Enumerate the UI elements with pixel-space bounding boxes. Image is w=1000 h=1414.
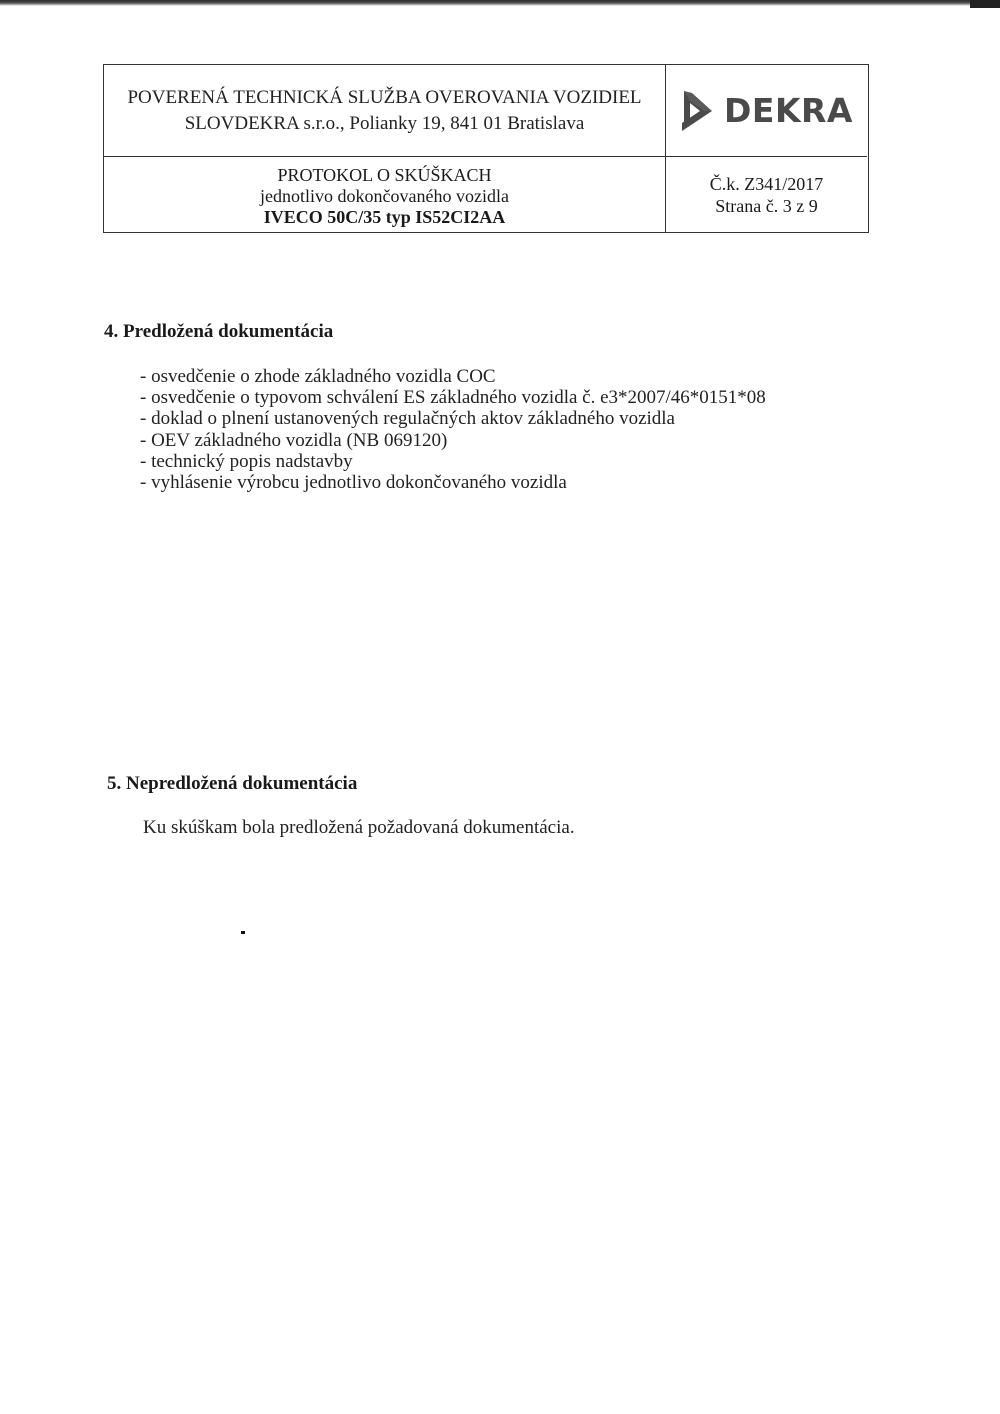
reference-number: Č.k. Z341/2017 — [710, 173, 824, 195]
list-item: technický popis nadstavby — [140, 451, 766, 472]
vehicle-designation: IVECO 50C/35 typ IS52CI2AA — [264, 207, 506, 228]
submitted-documents-list: osvedčenie o zhode základného vozidla CO… — [140, 366, 766, 493]
section4-heading: 4. Predložená dokumentácia — [104, 321, 333, 343]
list-item: doklad o plnení ustanovených regulačných… — [140, 408, 766, 429]
dekra-logo: DEKRA — [680, 89, 853, 133]
list-item: osvedčenie o typovom schválení ES základ… — [140, 387, 766, 408]
list-item: vyhlásenie výrobcu jednotlivo dokončovan… — [140, 472, 766, 493]
scan-edge-artifact — [0, 0, 1000, 6]
section5-text: Ku skúškam bola predložená požadovaná do… — [143, 817, 575, 839]
organization-cell: POVERENÁ TECHNICKÁ SLUŽBA OVEROVANIA VOZ… — [104, 65, 666, 157]
page-info: Strana č. 3 z 9 — [715, 195, 817, 217]
list-item: OEV základného vozidla (NB 069120) — [140, 430, 766, 451]
protocol-subtitle: jednotlivo dokončovaného vozidla — [260, 186, 509, 207]
scan-edge-artifact-right — [970, 0, 1000, 8]
organization-name: POVERENÁ TECHNICKÁ SLUŽBA OVEROVANIA VOZ… — [127, 85, 641, 111]
logo-text: DEKRA — [724, 91, 853, 130]
dekra-arrow-logo-icon — [680, 89, 714, 133]
list-item: osvedčenie o zhode základného vozidla CO… — [140, 366, 766, 387]
header-table: POVERENÁ TECHNICKÁ SLUŽBA OVEROVANIA VOZ… — [103, 64, 869, 233]
protocol-cell: PROTOKOL O SKÚŠKACH jednotlivo dokončova… — [104, 157, 666, 232]
protocol-title: PROTOKOL O SKÚŠKACH — [277, 165, 491, 186]
organization-address: SLOVDEKRA s.r.o., Polianky 19, 841 01 Br… — [185, 111, 585, 137]
logo-cell: DEKRA — [666, 65, 867, 157]
section5-heading: 5. Nepredložená dokumentácia — [107, 773, 357, 795]
reference-cell: Č.k. Z341/2017 Strana č. 3 z 9 — [666, 157, 867, 232]
scan-speck — [241, 931, 245, 934]
